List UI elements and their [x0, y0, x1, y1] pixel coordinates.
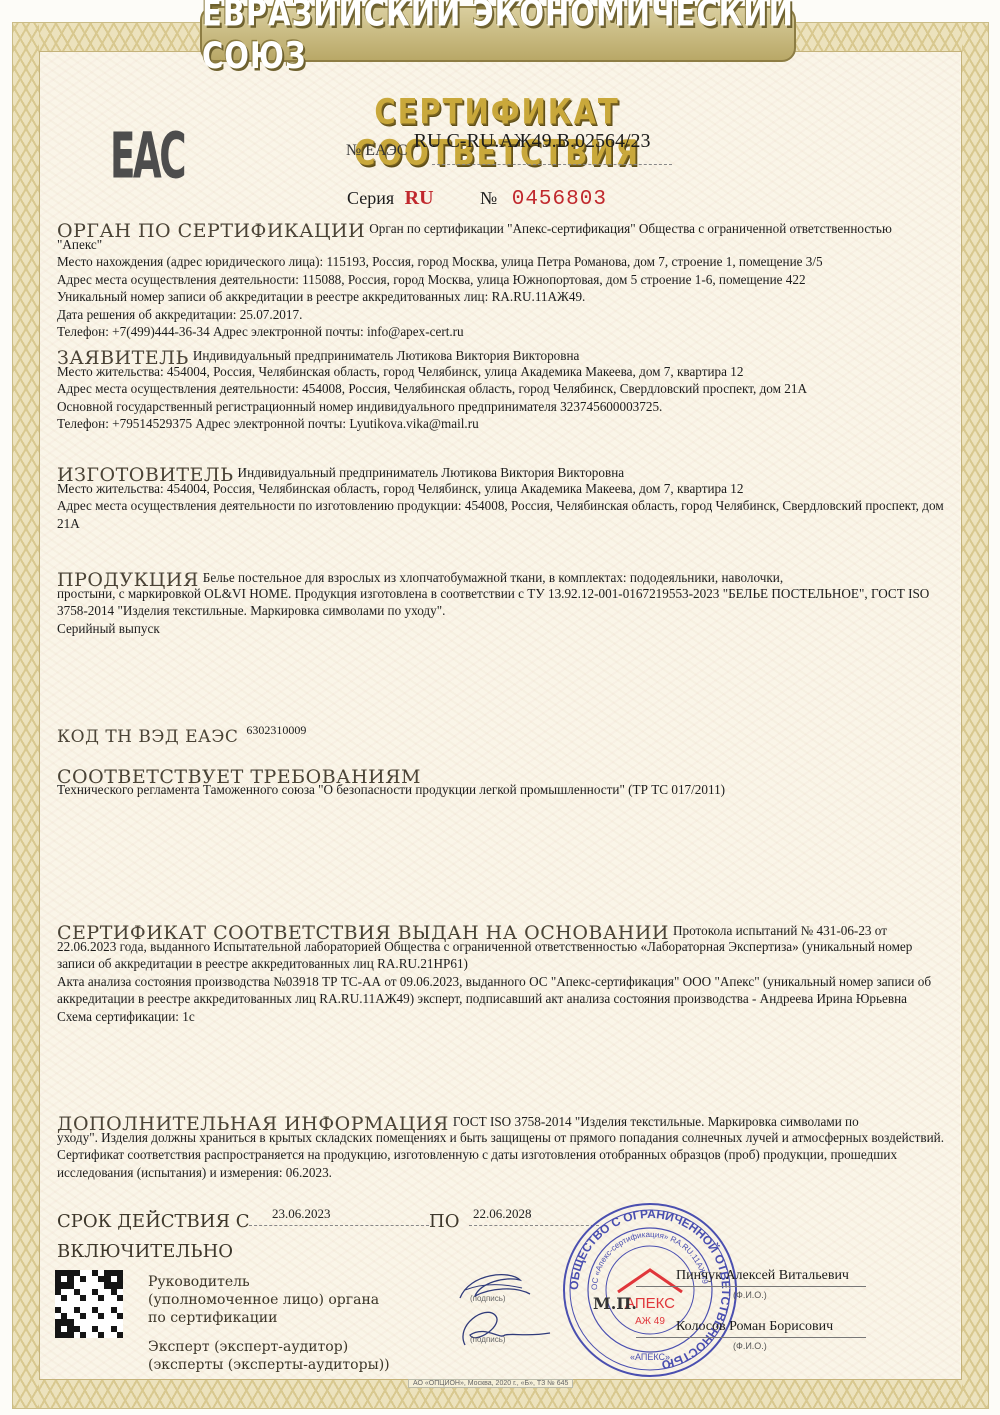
section-basis: СЕРТИФИКАТ СООТВЕТСТВИЯ ВЫДАН НА ОСНОВАН… [57, 922, 947, 1025]
body-line: Схема сертификации: 1с [57, 1008, 947, 1026]
body-line: Телефон: +79514529375 Адрес электронной … [57, 415, 947, 433]
body-line: Место жительства: 454004, Россия, Челяби… [57, 480, 947, 498]
from-underline [249, 1225, 429, 1226]
body-line: простыни, с маркировкой OL&VI HOME. Прод… [57, 585, 947, 620]
head-name-line [636, 1286, 866, 1287]
reg-value: RU C-RU.АЖ49.В.02564/23 [414, 130, 651, 152]
reg-underline [432, 164, 672, 165]
seal-stamp-icon: ОБЩЕСТВО С ОГРАНИЧЕННОЙ ОТВЕТСТВЕННОСТЬЮ… [560, 1200, 740, 1380]
head-sign-mark: (подпись) [470, 1294, 506, 1303]
validity-from-label: СРОК ДЕЙСТВИЯ С [57, 1211, 250, 1232]
body-line: Место жительства: 454004, Россия, Челяби… [57, 363, 947, 381]
signature-labels: Руководитель (уполномоченное лицо) орган… [148, 1273, 393, 1385]
section-tnved: КОД ТН ВЭД ЕАЭС6302310009 [57, 722, 947, 747]
validity-period: СРОК ДЕЙСТВИЯ С 23.06.2023 ПО 22.06.2028… [57, 1207, 617, 1267]
body-line: Адрес места осуществления деятельности: … [57, 380, 947, 398]
eac-logo-icon: ЕАС [110, 120, 184, 194]
series-value: RU [405, 187, 434, 209]
union-banner: ЕВРАЗИЙСКИЙ ЭКОНОМИЧЕСКИЙ СОЮЗ [200, 6, 796, 62]
border-pattern-left [13, 23, 39, 1408]
series-label: Серия [347, 188, 394, 208]
reg-label: № ЕАЭС [346, 142, 407, 159]
series-row: Серия RU № 0456803 [347, 187, 607, 211]
body-line: Уникальный номер записи об аккредитации … [57, 288, 947, 306]
section-manufacturer: ИЗГОТОВИТЕЛЬИндивидуальный предпринимате… [57, 464, 947, 532]
head-label: Руководитель (уполномоченное лицо) орган… [148, 1273, 383, 1327]
section-first-line: Индивидуальный предприниматель Лютикова … [238, 465, 625, 480]
registration-number: № ЕАЭС RU C-RU.АЖ49.В.02564/23 [346, 138, 651, 161]
tnved-code: 6302310009 [246, 723, 306, 737]
validity-to-label: ПО [429, 1207, 459, 1237]
body-line: Место нахождения (адрес юридического лиц… [57, 253, 947, 271]
blank-number: 0456803 [512, 188, 607, 211]
expert-sign-mark: (подпись) [470, 1335, 506, 1344]
body-line: Адрес места осуществления деятельности: … [57, 271, 947, 289]
border-pattern-right [962, 23, 988, 1408]
body-line: Акта анализа состояния производства №039… [57, 973, 947, 1008]
qr-code[interactable] [55, 1270, 123, 1338]
section-additional-info: ДОПОЛНИТЕЛЬНАЯ ИНФОРМАЦИЯГОСТ ISO 3758-2… [57, 1113, 947, 1181]
body-line: Дата решения об аккредитации: 25.07.2017… [57, 306, 947, 324]
expert-name: Колосов Роман Борисович [676, 1319, 833, 1335]
body-line: Телефон: +7(499)444-36-34 Адрес электрон… [57, 323, 947, 341]
body-line: 22.06.2023 года, выданного Испытательной… [57, 938, 947, 973]
section-certification-body: ОРГАН ПО СЕРТИФИКАЦИИОрган по сертификац… [57, 220, 947, 341]
section-heading: ОРГАН ПО СЕРТИФИКАЦИИ [57, 220, 365, 242]
section-compliance: СООТВЕТСТВУЕТ ТРЕБОВАНИЯМ Технического р… [57, 767, 947, 799]
expert-signature-icon [445, 1305, 555, 1355]
body-line: Технического регламента Таможенного союз… [57, 781, 947, 799]
section-first-line: Протокола испытаний № 431-06-23 от [673, 923, 887, 938]
stamp-code: АЖ 49 [635, 1316, 665, 1327]
printer-imprint: АО «ОПЦИОН», Москва, 2020 г., «Б», ТЗ № … [408, 1379, 573, 1388]
validity-inclusive: ВКЛЮЧИТЕЛЬНО [57, 1237, 617, 1267]
body-line: Основной государственный регистрационный… [57, 398, 947, 416]
expert-name-line [636, 1337, 866, 1338]
section-first-line: Белье постельное для взрослых из хлопчат… [203, 570, 783, 585]
union-banner-text: ЕВРАЗИЙСКИЙ ЭКОНОМИЧЕСКИЙ СОЮЗ [202, 0, 794, 77]
section-first-line: Индивидуальный предприниматель Лютикова … [193, 348, 580, 363]
seal-place-label: М.П. [593, 1294, 637, 1313]
section-first-line: Орган по сертификации "Апекс-сертификаци… [369, 221, 892, 236]
section-applicant: ЗАЯВИТЕЛЬИндивидуальный предприниматель … [57, 347, 947, 433]
section-product: ПРОДУКЦИЯБелье постельное для взрослых и… [57, 569, 947, 637]
number-label: № [480, 188, 497, 208]
expert-label: Эксперт (эксперт-аудитор) (эксперты (экс… [148, 1338, 393, 1374]
head-fio-mark: (Ф.И.О.) [733, 1290, 767, 1300]
body-line: Адрес места осуществления деятельности п… [57, 497, 947, 532]
section-first-line: ГОСТ ISO 3758-2014 "Изделия текстильные.… [453, 1114, 859, 1129]
expert-fio-mark: (Ф.И.О.) [733, 1341, 767, 1351]
stamp-bottom: «АПЕКС» [630, 1352, 670, 1362]
head-name: Пинчук Алексей Витальевич [676, 1268, 849, 1284]
body-line: уходу". Изделия должны храниться в крыты… [57, 1129, 947, 1182]
body-line: Серийный выпуск [57, 620, 947, 638]
section-heading: КОД ТН ВЭД ЕАЭС [57, 727, 238, 747]
